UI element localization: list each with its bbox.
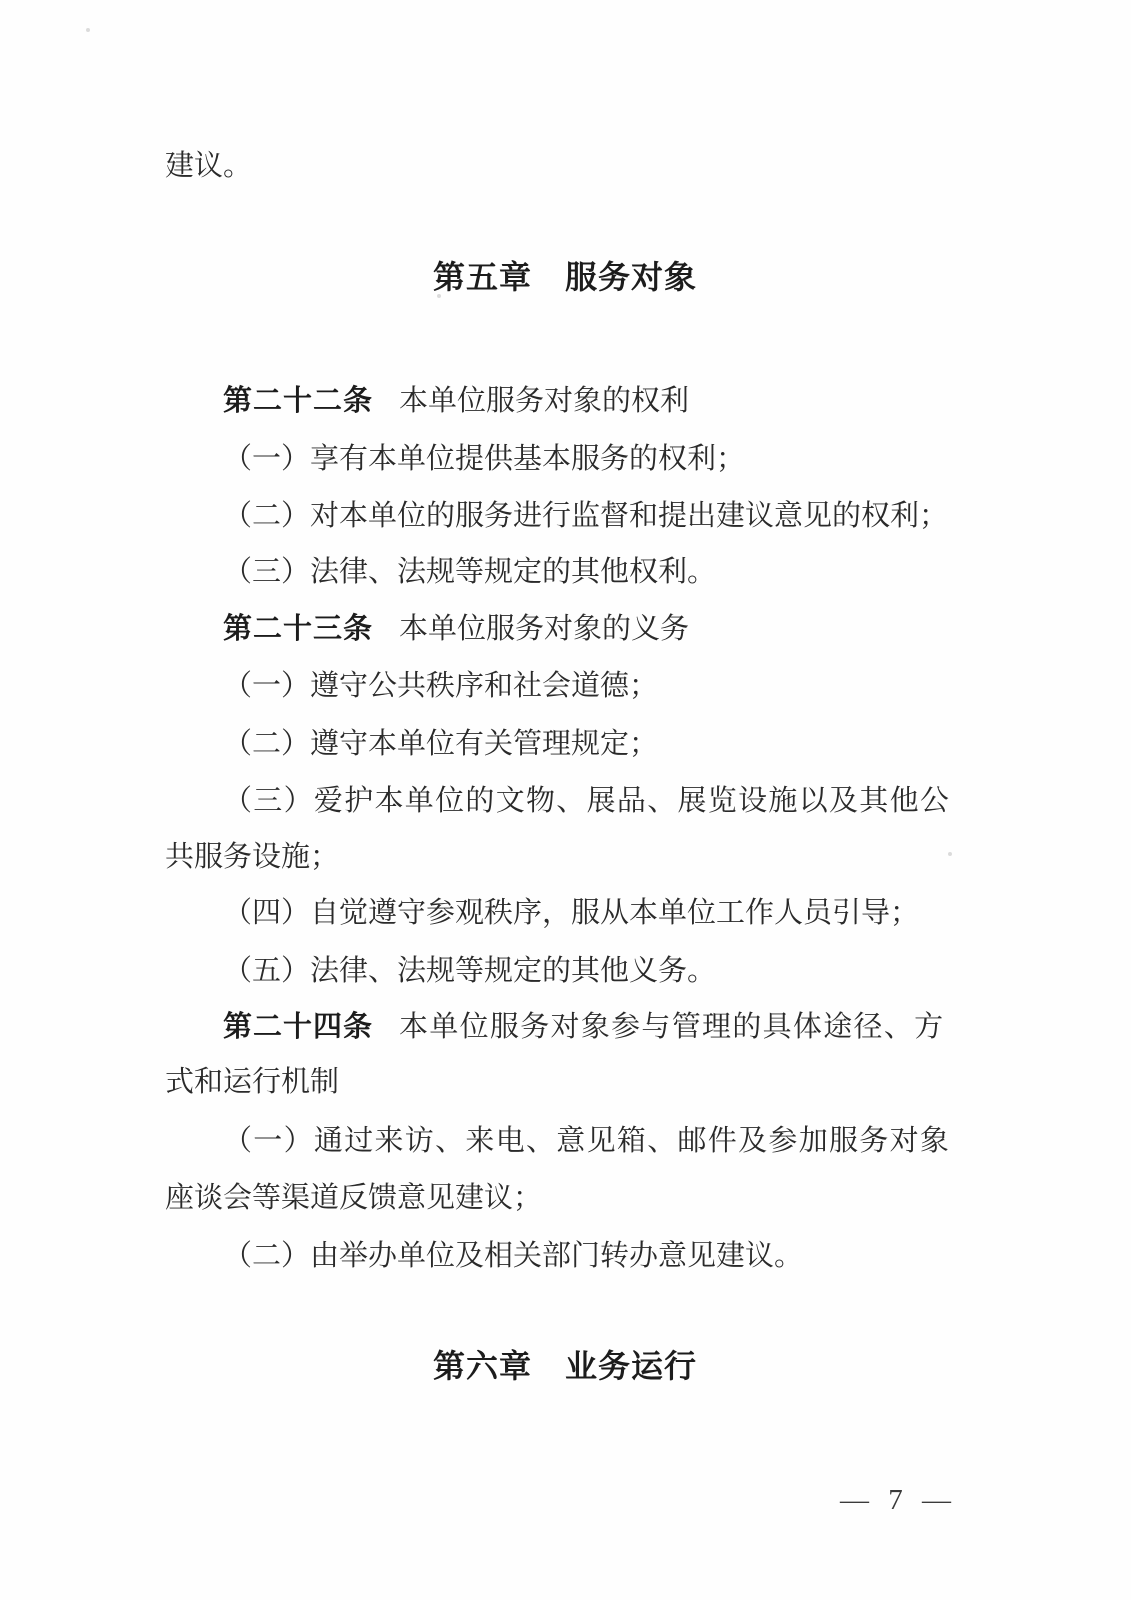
article-23-item-3-line-2: 共服务设施； xyxy=(165,837,975,877)
article-23-title: 本单位服务对象的义务 xyxy=(399,613,689,645)
article-22-title: 本单位服务对象的权利 xyxy=(399,385,689,417)
article-24-number: 第二十四条 xyxy=(223,1011,373,1043)
article-23-item-5: （五）法律、法规等规定的其他义务。 xyxy=(165,951,1033,991)
article-24-heading-line-1: 第二十四条本单位服务对象参与管理的具体途径、方 xyxy=(165,1007,1033,1047)
article-23-heading: 第二十三条本单位服务对象的义务 xyxy=(165,609,1033,649)
article-22-heading: 第二十二条本单位服务对象的权利 xyxy=(165,381,1033,421)
article-23-item-2: （二）遵守本单位有关管理规定； xyxy=(165,724,1033,764)
article-23-item-3-line-1: （三）爱护本单位的文物、展品、展览设施以及其他公 xyxy=(165,781,1033,821)
article-22-item-2: （二）对本单位的服务进行监督和提出建议意见的权利； xyxy=(165,496,1033,536)
article-24-item-1-line-1: （一）通过来访、来电、意见箱、邮件及参加服务对象 xyxy=(165,1121,1033,1161)
scan-speck xyxy=(86,28,90,32)
document-page: 建议。 第五章 服务对象 第二十二条本单位服务对象的权利 （一）享有本单位提供基… xyxy=(0,0,1131,1600)
article-22-item-1: （一）享有本单位提供基本服务的权利； xyxy=(165,439,1033,479)
article-23-item-1: （一）遵守公共秩序和社会道德； xyxy=(165,666,1033,706)
article-23-item-4: （四）自觉遵守参观秩序，服从本单位工作人员引导； xyxy=(165,893,1033,933)
page-number: — 7 — xyxy=(840,1484,957,1517)
chapter-5-heading: 第五章 服务对象 xyxy=(165,256,965,298)
paragraph-continuation: 建议。 xyxy=(165,146,975,186)
article-24-item-2: （二）由举办单位及相关部门转办意见建议。 xyxy=(165,1236,1033,1276)
article-22-item-3: （三）法律、法规等规定的其他权利。 xyxy=(165,552,1033,592)
article-23-number: 第二十三条 xyxy=(223,613,373,645)
article-24-item-1-line-2: 座谈会等渠道反馈意见建议； xyxy=(165,1178,975,1218)
article-22-number: 第二十二条 xyxy=(223,385,373,417)
article-24-heading-line-2: 式和运行机制 xyxy=(165,1062,975,1102)
chapter-6-heading: 第六章 业务运行 xyxy=(165,1345,965,1387)
article-24-title-line-1: 本单位服务对象参与管理的具体途径、方 xyxy=(399,1011,944,1043)
